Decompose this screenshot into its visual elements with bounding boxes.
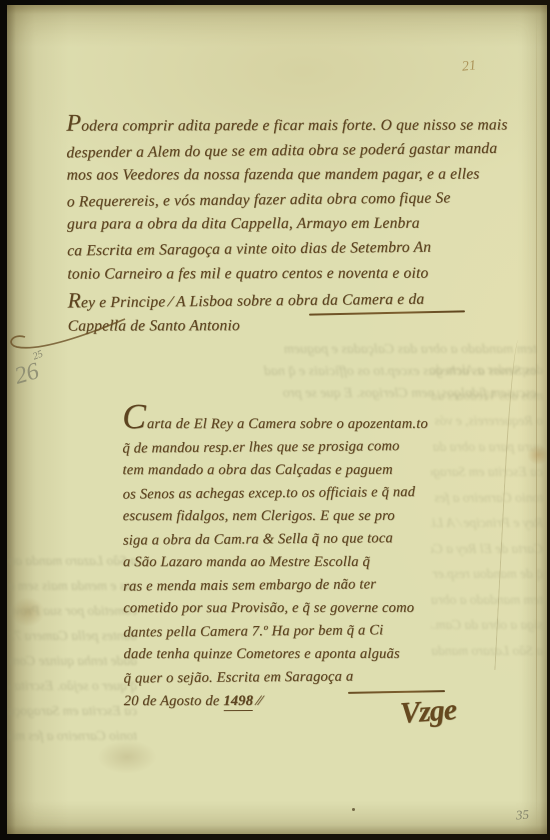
margin-note-large: 26 [12, 358, 43, 391]
text-line: Carta de El Rey a Camera sobre o apozent… [122, 403, 482, 436]
text-line: dade tenha quinze Cometores e aponta alg… [123, 643, 483, 666]
page-edge-line [536, 5, 537, 834]
text-line: Cappella de Santo Antonio [68, 313, 534, 339]
paragraph-1: Podera comprir adita parede e ficar mais… [66, 109, 534, 340]
text-line: a São Lazaro manda ao Mestre Escolla q̃ [123, 551, 483, 574]
paper-stain [97, 740, 157, 774]
text-line: q̃ de mandou resp.er lhes que se prosiga… [122, 434, 482, 460]
text-line: os Senos as achegas excep.to os officiai… [123, 480, 483, 506]
ink-speck [352, 808, 355, 811]
text-line: cometido por sua Provisão, e q̃ se gover… [123, 597, 483, 620]
rubric-signature: Vzge [399, 693, 457, 731]
text-line: ca Escrita em Saragoça a vinte oito dias… [67, 235, 533, 264]
paper-stain [11, 597, 45, 627]
paper-stain [527, 445, 547, 465]
text-line: gura para a obra da dita Cappella, Armay… [67, 212, 533, 238]
date-prefix: 20 de Agosto de [124, 693, 224, 709]
text-line: ras e menda mais sem embargo de não ter [123, 572, 483, 598]
date-suffix: ⁄⁄ [253, 693, 262, 709]
show-through-text-left: a São Lazaro manda ao Mestre Escolla q̃ … [9, 548, 137, 748]
folio-number: 21 [461, 58, 477, 75]
text-line: o Requerereis, e vós manday fazer adita … [67, 185, 533, 214]
text-line: escusem fidalgos, nem Clerigos. E que se… [123, 505, 483, 528]
paragraph-2: Carta de El Rey a Camera sobre o apozent… [122, 402, 484, 714]
show-through-text-middle: tem mandado a obra das Calçadas e paguem… [157, 339, 537, 405]
text-line: tem mandado a obra das Calçadas e paguem [123, 459, 483, 482]
manuscript-photo: { "page": { "folio_number": "21", "botto… [0, 0, 550, 840]
text-line: mos aos Veedores da nossa fazenda que ma… [67, 163, 533, 189]
text-line: tonio Carneiro a fes mil e quatro centos… [67, 261, 533, 287]
year-underlined: 1498 [223, 693, 253, 711]
text-line: dantes pella Camera 7.º Ha por bem q̃ a … [123, 618, 483, 644]
pencil-page-number: 35 [515, 807, 529, 824]
text-line: Podera comprir adita parede e ficar mais… [66, 110, 532, 139]
text-line: despender a Alem do que se em adita obra… [66, 136, 532, 165]
paper-crease [494, 340, 526, 670]
manuscript-page: tem mandado a obra das Calçadas e paguem… [7, 5, 547, 834]
text-line: q̃ quer o sejão. Escrita em Saragoça a [124, 664, 484, 690]
text-line: siga a obra da Cam.ra & Sella q̃ no que … [123, 526, 483, 552]
